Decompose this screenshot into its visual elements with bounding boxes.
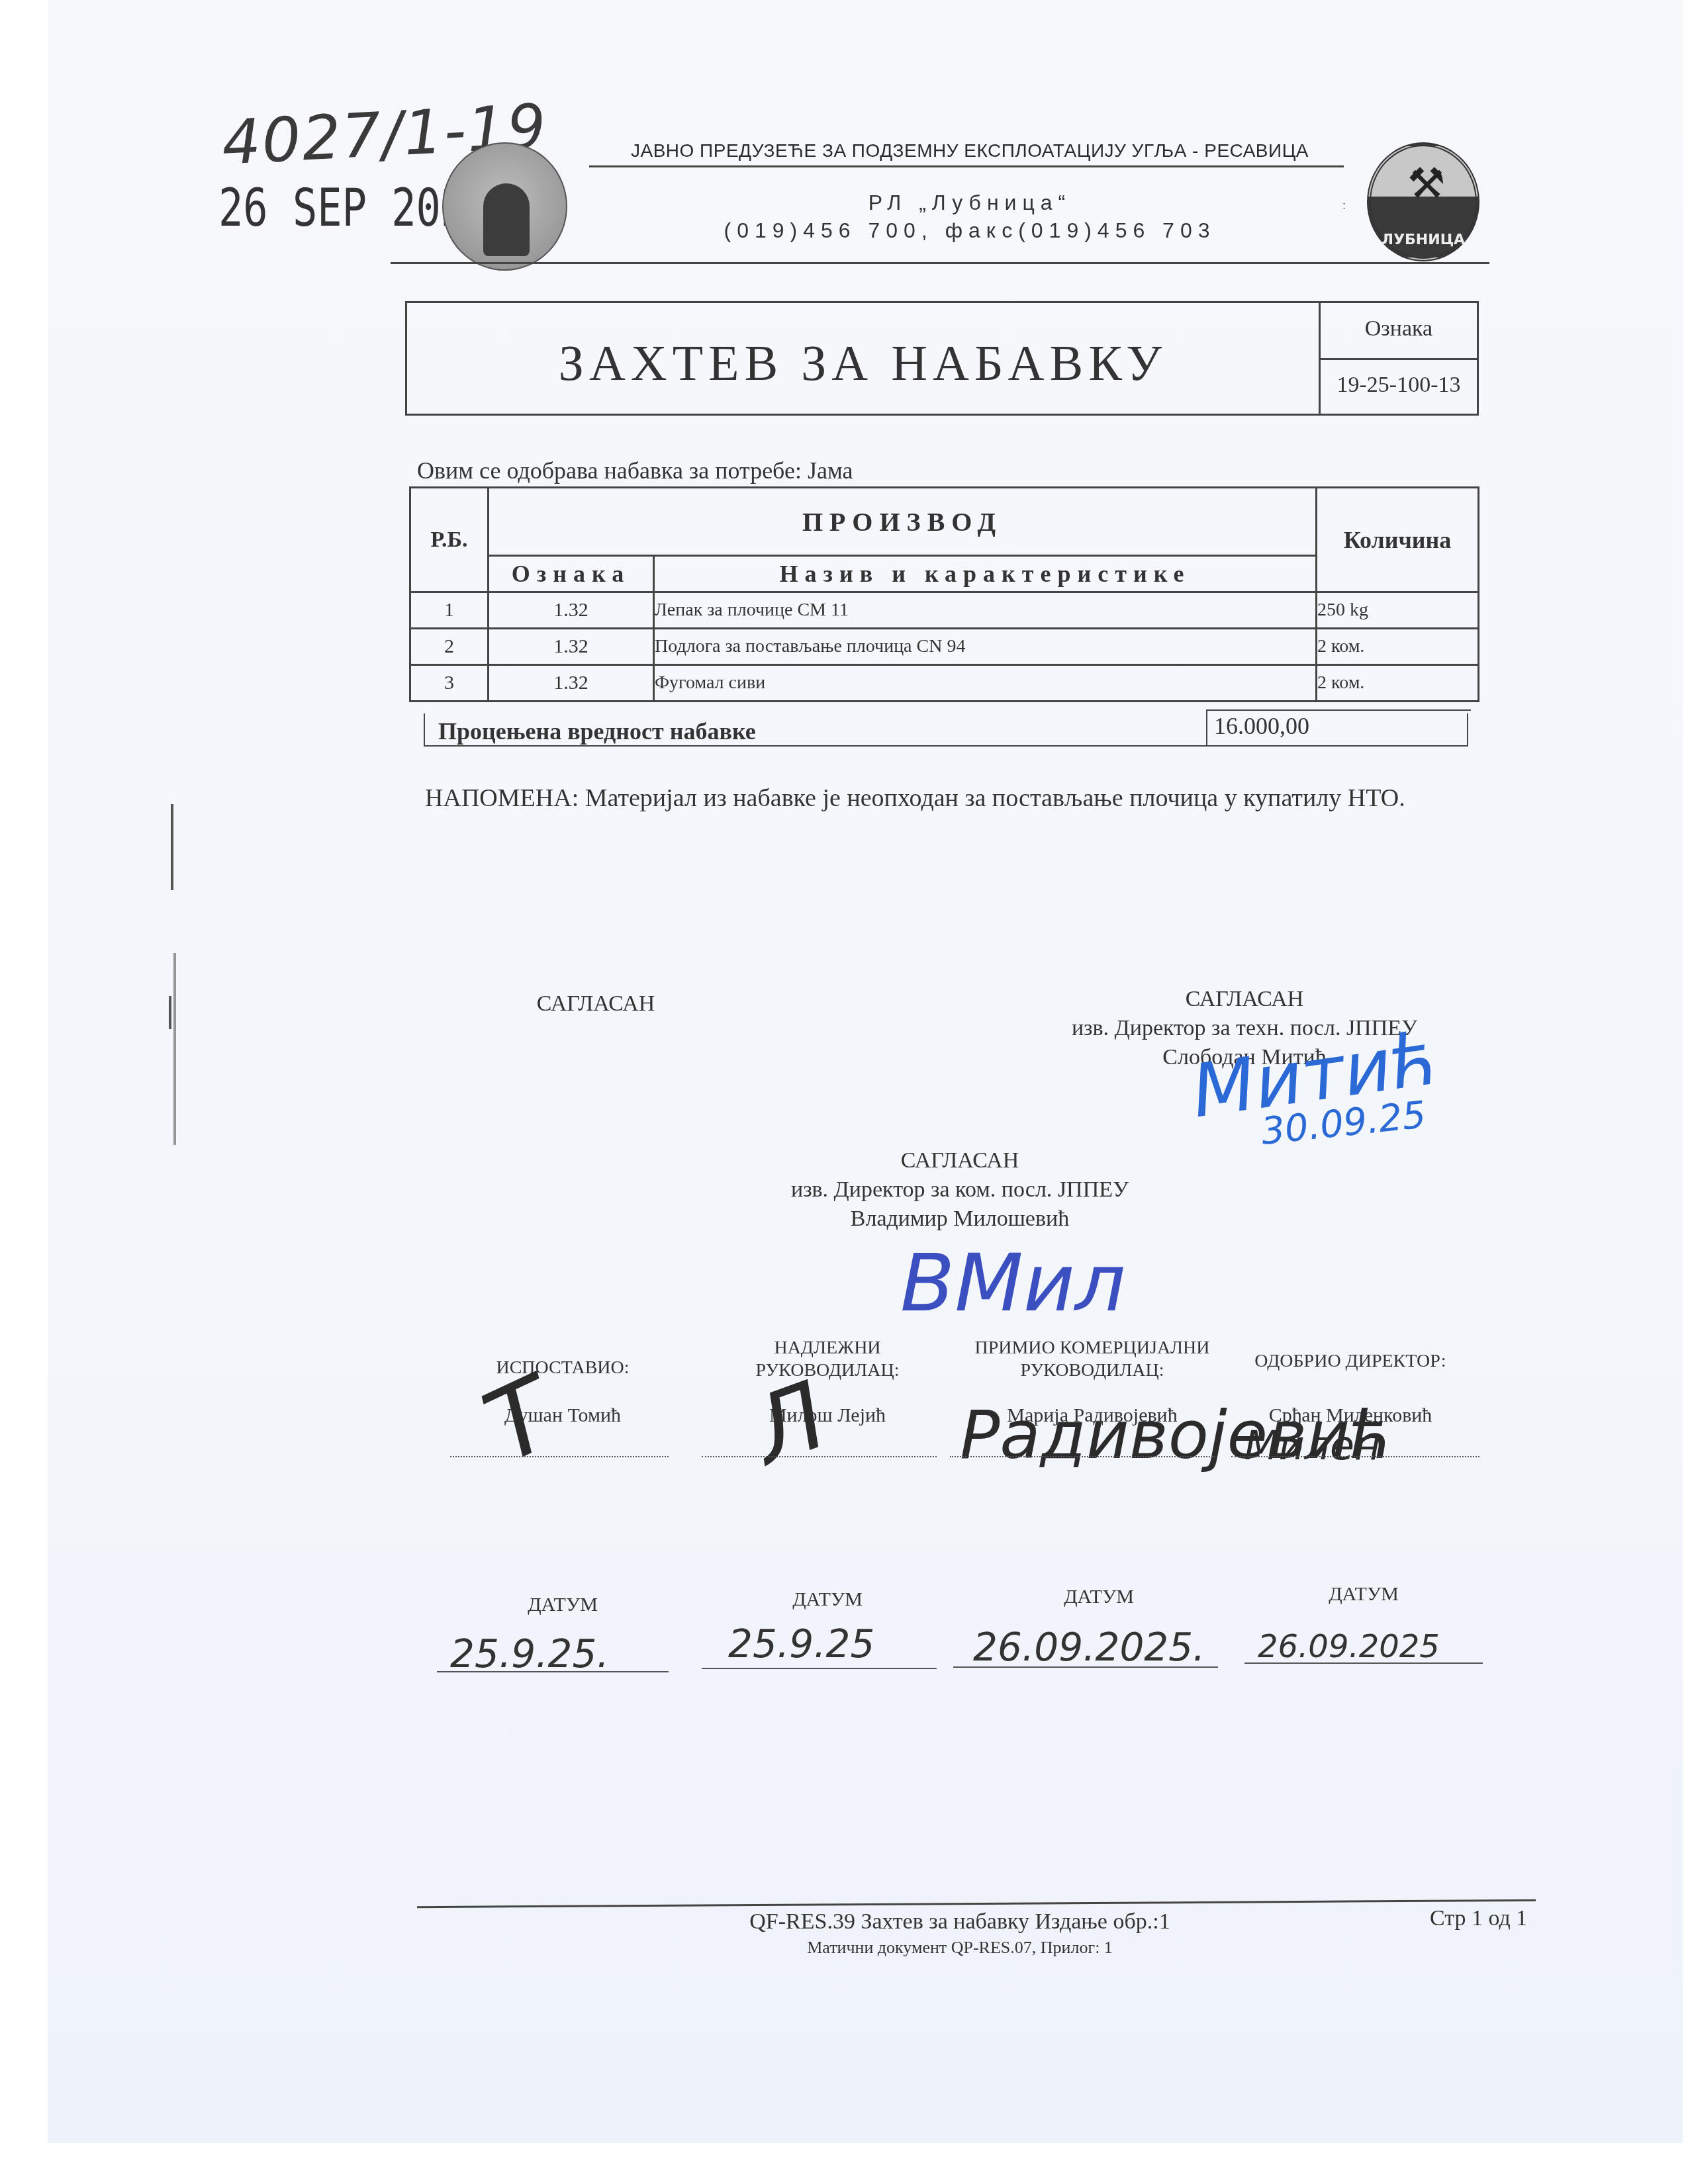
- handwritten-date: 26.09.2025.: [973, 1625, 1205, 1670]
- miner-figure-icon: [483, 183, 530, 256]
- approval-left: САГЛАСАН: [463, 989, 728, 1019]
- signatory-role-director: ОДОБРИО ДИРЕКТОР:: [1231, 1350, 1470, 1373]
- estimated-value: 16.000,00: [1214, 712, 1309, 740]
- row-code: 1.32: [489, 665, 654, 702]
- approval-intro: Овим се одобрава набавка за потребе: Јам…: [417, 457, 853, 484]
- handwritten-date: 26.09.2025: [1258, 1628, 1440, 1665]
- date-line: [1244, 1662, 1483, 1664]
- footer-parent-document: Матични документ QP-RES.07, Прилог: 1: [662, 1938, 1258, 1958]
- date-label: ДАТУМ: [463, 1594, 662, 1616]
- handwritten-date: 25.9.25.: [450, 1631, 609, 1676]
- date-label: ДАТУМ: [715, 1588, 940, 1611]
- row-number: 2: [410, 629, 489, 665]
- role-line: РУКОВОДИЛАЦ:: [715, 1359, 940, 1382]
- row-quantity: 2 ком.: [1317, 629, 1479, 665]
- document-code-value: 19-25-100-13: [1321, 373, 1477, 398]
- table-row: 1 1.32 Лепак за плочице CM 11 250 kg: [410, 592, 1479, 629]
- signature-line: [702, 1456, 937, 1457]
- row-quantity: 250 kg: [1317, 592, 1479, 629]
- table-row: 2 1.32 Подлога за постављање плочица CN …: [410, 629, 1479, 665]
- column-header-product: ПРОИЗВОД: [489, 488, 1317, 556]
- note-text: НАПОМЕНА: Материјал из набавке је неопхо…: [425, 780, 1481, 817]
- column-header-code: Ознака: [489, 556, 654, 592]
- table-row: 3 1.32 Фугомал сиви 2 ком.: [410, 665, 1479, 702]
- scan-edge-mark: [169, 996, 171, 1029]
- document-code-label: Ознака: [1321, 316, 1477, 341]
- organization-name: ЈАВНО ПРЕДУЗЕЋЕ ЗА ПОДЗЕМНУ ЕКСПЛОАТАЦИЈ…: [589, 140, 1350, 161]
- estimated-value-cell: 16.000,00: [1206, 709, 1471, 745]
- row-name: Подлога за постављање плочица CN 94: [654, 629, 1317, 665]
- unit-name: РЛ „Лубница“: [589, 191, 1350, 215]
- document-title: ЗАХТЕВ ЗА НАБАВКУ: [407, 335, 1319, 392]
- date-label: ДАТУМ: [1244, 1583, 1483, 1606]
- row-number: 3: [410, 665, 489, 702]
- role-line: ОДОБРИО ДИРЕКТОР:: [1231, 1350, 1470, 1373]
- scan-edge-mark: [173, 953, 176, 1145]
- approval-center-name: Владимир Милошевић: [662, 1205, 1258, 1234]
- estimated-value-row: Процењена вредност набавке 16.000,00: [424, 713, 1468, 747]
- date-line: [437, 1671, 669, 1672]
- role-line: РУКОВОДИЛАЦ:: [953, 1359, 1231, 1382]
- table-header-row: Р.Б. ПРОИЗВОД Количина: [410, 488, 1479, 556]
- scan-mark: ː: [1342, 199, 1346, 212]
- items-table: Р.Б. ПРОИЗВОД Количина Ознака Назив и ка…: [409, 486, 1479, 702]
- crest-label: ЛУБНИЦА: [1371, 232, 1476, 248]
- handwritten-date: 25.9.25: [728, 1621, 874, 1666]
- signature-line: [450, 1456, 669, 1457]
- row-name: Лепак за плочице CM 11: [654, 592, 1317, 629]
- estimated-value-label: Процењена вредност набавке: [438, 717, 756, 745]
- role-line: НАДЛЕЖНИ: [715, 1337, 940, 1359]
- row-name: Фугомал сиви: [654, 665, 1317, 702]
- row-quantity: 2 ком.: [1317, 665, 1479, 702]
- blue-signature-commercial-director: ВМил: [900, 1238, 1126, 1330]
- code-divider: [1321, 358, 1477, 360]
- footer-form-code: QF-RES.39 Захтев за набавку Издање обр.:…: [662, 1909, 1258, 1934]
- column-header-quantity: Количина: [1317, 488, 1479, 592]
- date-label: ДАТУМ: [966, 1586, 1231, 1608]
- approval-center-label: САГЛАСАН: [662, 1146, 1258, 1175]
- signatory-role-commercial-manager: ПРИМИО КОМЕРЦИЈАЛНИ РУКОВОДИЛАЦ:: [953, 1337, 1231, 1382]
- signature-director: Милен: [1244, 1423, 1380, 1469]
- crossed-hammers-icon: ⚒: [1407, 159, 1445, 208]
- date-line: [702, 1668, 937, 1669]
- signature-line: [1231, 1456, 1479, 1457]
- contact-phone: (019)456 700, факс(019)456 703: [589, 218, 1350, 243]
- signature-line: [950, 1456, 1215, 1457]
- organization-underline: [589, 165, 1344, 167]
- row-code: 1.32: [489, 629, 654, 665]
- column-header-name: Назив и карактеристике: [654, 556, 1317, 592]
- scan-edge-mark: [171, 804, 173, 890]
- approval-left-label: САГЛАСАН: [463, 989, 728, 1019]
- date-line: [953, 1666, 1218, 1668]
- header-divider: [391, 262, 1489, 264]
- document-title-box: ЗАХТЕВ ЗА НАБАВКУ Ознака 19-25-100-13: [405, 301, 1479, 416]
- approval-center-role: изв. Директор за ком. посл. ЈППЕУ: [662, 1175, 1258, 1205]
- approval-right-label: САГЛАСАН: [1013, 985, 1476, 1014]
- column-header-rb: Р.Б.: [410, 488, 489, 592]
- page-number: Стр 1 од 1: [1430, 1906, 1527, 1931]
- lubnica-crest-icon: ⚒ ЛУБНИЦА: [1367, 142, 1479, 261]
- role-line: ПРИМИО КОМЕРЦИЈАЛНИ: [953, 1337, 1231, 1359]
- signatory-role-responsible-manager: НАДЛЕЖНИ РУКОВОДИЛАЦ:: [715, 1337, 940, 1382]
- row-code: 1.32: [489, 592, 654, 629]
- approval-center: САГЛАСАН изв. Директор за ком. посл. ЈПП…: [662, 1146, 1258, 1234]
- miner-logo-icon: [442, 142, 567, 271]
- row-number: 1: [410, 592, 489, 629]
